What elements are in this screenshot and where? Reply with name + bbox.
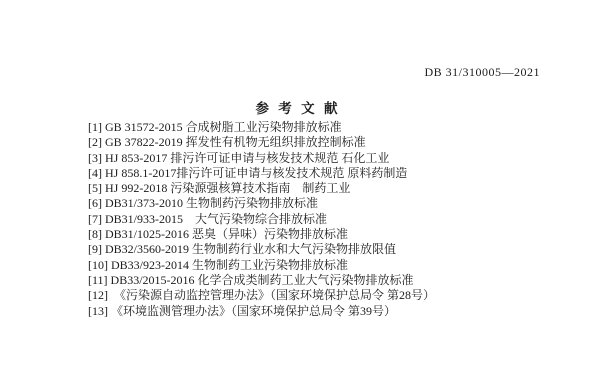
reference-item: [9] DB32/3560-2019 生物制药行业水和大气污染物排放限值 xyxy=(88,242,435,257)
reference-list: [1] GB 31572-2015 合成树脂工业污染物排放标准 [2] GB 3… xyxy=(88,120,435,319)
reference-item: [4] HJ 858.1-2017排污许可证申请与核发技术规范 原料药制造 xyxy=(88,166,435,181)
reference-item: [3] HJ 853-2017 排污许可证申请与核发技术规范 石化工业 xyxy=(88,151,435,166)
reference-item: [11] DB33/2015-2016 化学合成类制药工业大气污染物排放标准 xyxy=(88,273,435,288)
reference-item: [10] DB33/923-2014 生物制药工业污染物排放标准 xyxy=(88,258,435,273)
reference-item: [2] GB 37822-2019 挥发性有机物无组织排放控制标准 xyxy=(88,135,435,150)
reference-item: [1] GB 31572-2015 合成树脂工业污染物排放标准 xyxy=(88,120,435,135)
reference-item: [7] DB31/933-2015 大气污染物综合排放标准 xyxy=(88,212,435,227)
document-page: DB 31/310005—2021 参 考 文 献 [1] GB 31572-2… xyxy=(0,0,596,367)
reference-item: [13] 《环境监测管理办法》（国家环境保护总局令 第39号） xyxy=(88,304,435,319)
reference-item: [5] HJ 992-2018 污染源强核算技术指南 制药工业 xyxy=(88,181,435,196)
reference-item: [6] DB31/373-2010 生物制药污染物排放标准 xyxy=(88,196,435,211)
page-title: 参 考 文 献 xyxy=(0,97,596,117)
reference-item: [12] 《污染源自动监控管理办法》（国家环境保护总局令 第28号） xyxy=(88,288,435,303)
reference-item: [8] DB31/1025-2016 恶臭（异味）污染物排放标准 xyxy=(88,227,435,242)
document-number: DB 31/310005—2021 xyxy=(424,65,540,80)
